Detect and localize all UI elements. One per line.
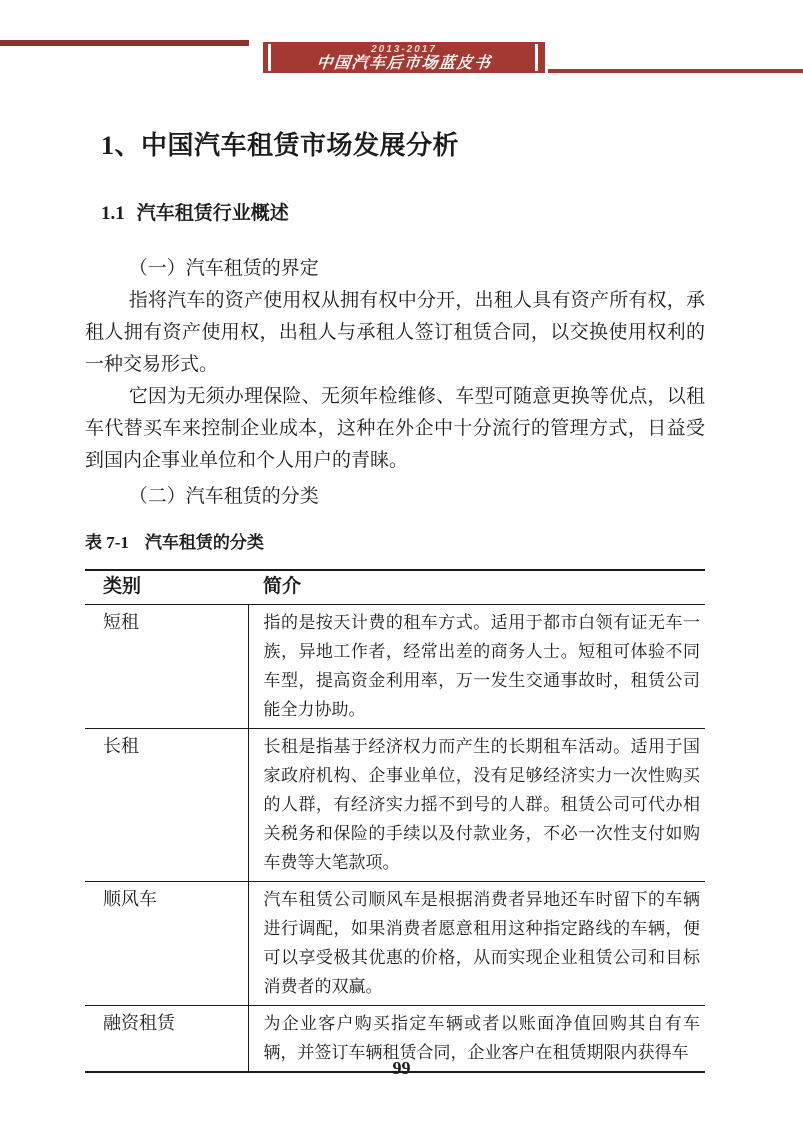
table-row: 短租 指的是按天计费的租车方式。适用于都市白领有证无车一族，异地工作者，经常出差… xyxy=(85,605,705,729)
section-title-text: 汽车租赁行业概述 xyxy=(137,203,289,224)
page-number: 99 xyxy=(0,1058,803,1079)
paragraph-subheading-1: （一）汽车租赁的界定 xyxy=(85,253,705,285)
header-right-rule xyxy=(548,69,803,73)
row-description: 汽车租赁公司顺风车是根据消费者异地还车时留下的车辆进行调配，如果消费者愿意租用这… xyxy=(248,882,705,1006)
row-category: 短租 xyxy=(85,605,248,729)
row-description: 长租是指基于经济权力而产生的长期租车活动。适用于国家政府机构、企事业单位，没有足… xyxy=(248,729,705,882)
banner-years: 2013-2017 xyxy=(263,44,545,55)
row-category: 长租 xyxy=(85,729,248,882)
table-caption-label: 表 7-1 xyxy=(85,533,129,552)
table-row: 顺风车 汽车租赁公司顺风车是根据消费者异地还车时留下的车辆进行调配，如果消费者愿… xyxy=(85,882,705,1006)
table-caption: 表 7-1汽车租赁的分类 xyxy=(85,531,705,555)
paragraph-advantages: 它因为无须办理保险、无须年检维修、车型可随意更换等优点，以租车代替买车来控制企业… xyxy=(85,381,705,477)
row-description: 指的是按天计费的租车方式。适用于都市白领有证无车一族，异地工作者，经常出差的商务… xyxy=(248,605,705,729)
classification-table: 类别 简介 短租 指的是按天计费的租车方式。适用于都市白领有证无车一族，异地工作… xyxy=(85,569,705,1073)
row-category: 顺风车 xyxy=(85,882,248,1006)
header-banner: 2013-2017 中国汽车后市场蓝皮书 xyxy=(263,42,545,73)
column-header-description: 简介 xyxy=(248,570,705,605)
paragraph-definition: 指将汽车的资产使用权从拥有权中分开，出租人具有资产所有权，承租人拥有资产使用权，… xyxy=(85,285,705,381)
main-content: 1、中国汽车租赁市场发展分析 1.1汽车租赁行业概述 （一）汽车租赁的界定 指将… xyxy=(85,120,705,1073)
document-page: 2013-2017 中国汽车后市场蓝皮书 1、中国汽车租赁市场发展分析 1.1汽… xyxy=(0,0,803,1134)
chapter-title: 1、中国汽车租赁市场发展分析 xyxy=(101,128,705,164)
header-left-rule xyxy=(0,40,249,46)
table-header-row: 类别 简介 xyxy=(85,570,705,605)
column-header-category: 类别 xyxy=(85,570,248,605)
banner-book-title: 中国汽车后市场蓝皮书 xyxy=(262,55,546,72)
section-title: 1.1汽车租赁行业概述 xyxy=(101,200,705,227)
paragraph-subheading-2: （二）汽车租赁的分类 xyxy=(85,481,705,513)
table-caption-title: 汽车租赁的分类 xyxy=(145,533,264,552)
table-row: 长租 长租是指基于经济权力而产生的长期租车活动。适用于国家政府机构、企事业单位，… xyxy=(85,729,705,882)
section-number: 1.1 xyxy=(101,203,125,224)
